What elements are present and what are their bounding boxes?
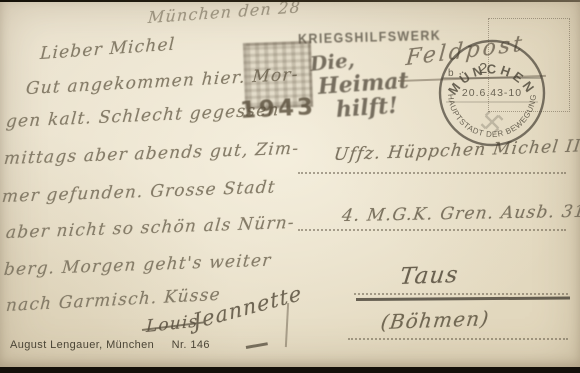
scan-bottom-edge bbox=[0, 367, 580, 373]
address-region: (Böhmen) bbox=[380, 306, 491, 334]
message-line: berg. Morgen geht's weiter bbox=[3, 251, 272, 280]
postmark-datetime: 20.6.43-10 bbox=[462, 87, 522, 99]
postmark-code: b bbox=[448, 68, 454, 79]
message-line: mittags aber abends gut, Zim- bbox=[3, 139, 300, 169]
postmark: MÜNCHEN HAUPTSTADT DER BEWEGUNG b 2 20.6… bbox=[432, 36, 552, 154]
message-line: mer gefunden. Grosse Stadt bbox=[1, 177, 277, 207]
card-number: Nr. 146 bbox=[172, 339, 210, 351]
cancel-year: 1943 bbox=[239, 94, 316, 124]
scan-top-edge bbox=[0, 0, 580, 2]
message-line: Lieber Michel bbox=[39, 34, 175, 64]
signature-flourish bbox=[246, 342, 268, 349]
handwritten-date: München den 28 bbox=[147, 0, 301, 27]
address-town: Taus bbox=[398, 262, 460, 290]
postmark-zone: 2 bbox=[479, 60, 487, 77]
publisher-name: August Lengauer, München bbox=[10, 339, 154, 351]
message-line: aber nicht so schön als Nürn- bbox=[5, 213, 296, 243]
postcard-back: München den 28 Lieber Michel Gut angekom… bbox=[0, 2, 580, 367]
address-rule bbox=[354, 293, 568, 295]
address-rule bbox=[298, 229, 566, 231]
publisher-imprint: August Lengauer, München Nr. 146 bbox=[10, 339, 210, 351]
address-rule bbox=[298, 172, 566, 174]
address-unit: 4. M.G.K. Gren. Ausb. 319 bbox=[341, 202, 580, 227]
town-underline bbox=[356, 297, 570, 301]
cancel-script-line: hilft! bbox=[335, 93, 399, 123]
address-rule bbox=[348, 338, 568, 340]
postcard-scan: München den 28 Lieber Michel Gut angekom… bbox=[0, 0, 580, 373]
